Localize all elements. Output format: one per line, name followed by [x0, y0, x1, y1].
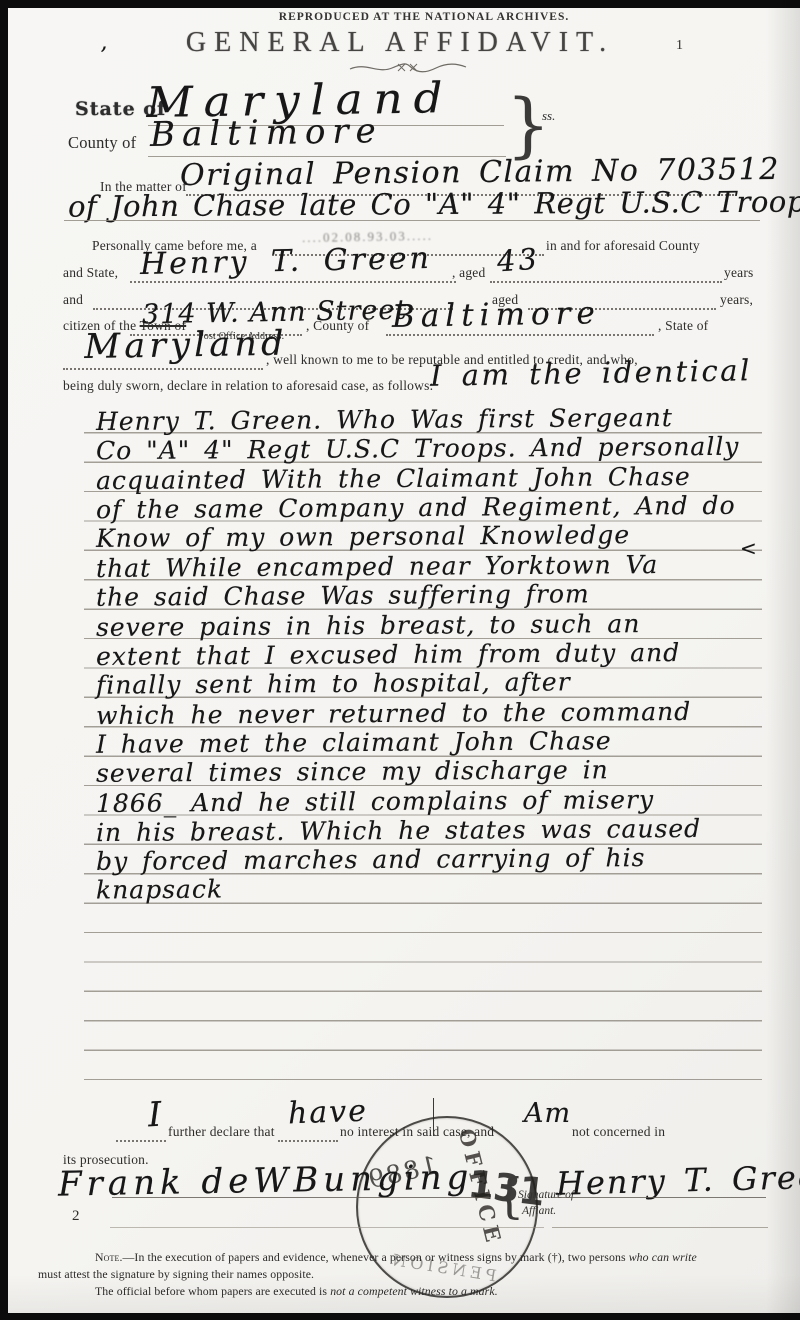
- affidavit-page: REPRODUCED AT THE NATIONAL ARCHIVES. GEN…: [0, 0, 800, 1320]
- county-of-label2: , County of: [306, 318, 369, 334]
- county2-handwriting: Baltimore: [392, 298, 601, 333]
- testimony-line: the said Chase Was suffering from: [96, 581, 590, 609]
- affiant-signature-line: [552, 1197, 766, 1198]
- county-of-label: County of: [68, 133, 136, 153]
- page-number: 2: [72, 1208, 80, 1225]
- stray-one-mark: 1: [676, 38, 683, 54]
- affiant-signature-handwriting: Henry T. Green: [556, 1160, 800, 1199]
- county-value-handwriting: Baltimore: [150, 114, 383, 152]
- affiant-name-handwriting: Henry T. Green: [140, 244, 432, 280]
- testimony-line: which he never returned to the command: [96, 699, 691, 728]
- testimony-line: Co "A" 4" Regt U.S.C Troops. And persona…: [96, 434, 740, 463]
- footnote-line3-italic: not a competent witness to a mark.: [330, 1284, 498, 1298]
- scan-border-left: [0, 0, 8, 1320]
- footnote-line3: The official before whom papers are exec…: [95, 1284, 498, 1299]
- footnote-line3-pre: The official before whom papers are exec…: [95, 1284, 330, 1298]
- matter-value-line2-handwriting: of John Chase late Co "A" 4" Regt U.S.C …: [68, 187, 800, 221]
- am-handwriting: Am: [524, 1100, 571, 1127]
- ss-label: ss.: [542, 108, 555, 124]
- and-label: and: [63, 292, 83, 308]
- state2-handwriting: Maryland: [84, 327, 288, 364]
- state-of-label2: , State of: [658, 318, 708, 334]
- scan-border-top: [0, 0, 800, 8]
- aged-label: , aged: [452, 265, 485, 281]
- testimony-line: Henry T. Green. Who Was first Sergeant: [96, 405, 673, 434]
- stray-caret-mark: <: [740, 538, 757, 558]
- archive-reproduction-line: REPRODUCED AT THE NATIONAL ARCHIVES.: [0, 11, 800, 23]
- footnote-line2: must attest the signature by signing the…: [38, 1267, 314, 1282]
- footnote-line1: Note.—In the execution of papers and evi…: [95, 1250, 697, 1265]
- witness-signature-handwriting: Frank deWBunging: [58, 1160, 474, 1201]
- sworn-text: being duly sworn, declare in relation to…: [63, 378, 434, 394]
- not-concerned-label: not concerned in: [572, 1124, 665, 1140]
- testimony-line: finally sent him to hospital, after: [96, 669, 571, 697]
- footnote-line1-rest: —In the execution of papers and evidence…: [123, 1250, 629, 1264]
- testimony-line: in his breast. Which he states was cause…: [96, 816, 701, 845]
- testimony-line: severe pains in his breast, to such an: [96, 611, 641, 640]
- scan-border-bottom: [0, 1313, 800, 1320]
- testimony-opening-handwriting: I am the identical: [430, 356, 752, 391]
- testimony-line: acquainted With the Claimant John Chase: [96, 464, 691, 493]
- testimony-line: by forced marches and carrying of his: [96, 845, 646, 874]
- second-line-right: [552, 1227, 768, 1228]
- decl-dotted-blank-1: [116, 1128, 166, 1142]
- years2-label: years,: [720, 292, 753, 308]
- witness-signature-line: [112, 1197, 490, 1198]
- age-value-handwriting: 43: [496, 245, 541, 277]
- testimony-line: Know of my own personal Knowledge: [96, 522, 630, 551]
- testimony-line: extent that I excused him from duty and: [96, 640, 680, 669]
- testimony-line: knapsack: [96, 877, 223, 903]
- testimony-line: several times since my discharge in: [96, 757, 609, 786]
- testimony-line: that While encamped near Yorktown Va: [96, 552, 658, 581]
- footnote-note-label: Note.: [95, 1250, 123, 1264]
- footnote-line1-italic: who can write: [629, 1250, 697, 1264]
- in-and-for-label: in and for aforesaid County: [546, 238, 700, 254]
- matter-underline: [64, 220, 760, 221]
- testimony-line: I have met the claimant John Chase: [96, 728, 612, 757]
- second-line-left: [110, 1227, 544, 1228]
- testimony-line: 1866_ And he still complains of misery: [96, 787, 654, 816]
- and-state-label: and State,: [63, 265, 118, 281]
- further-declare-label: further declare that: [168, 1124, 275, 1140]
- stray-apostrophe-mark: ’: [100, 46, 107, 68]
- testimony-line: of the same Company and Regiment, And do: [96, 493, 736, 522]
- signature-label-line2: Affiant.: [522, 1205, 556, 1217]
- years-label: years: [724, 265, 753, 281]
